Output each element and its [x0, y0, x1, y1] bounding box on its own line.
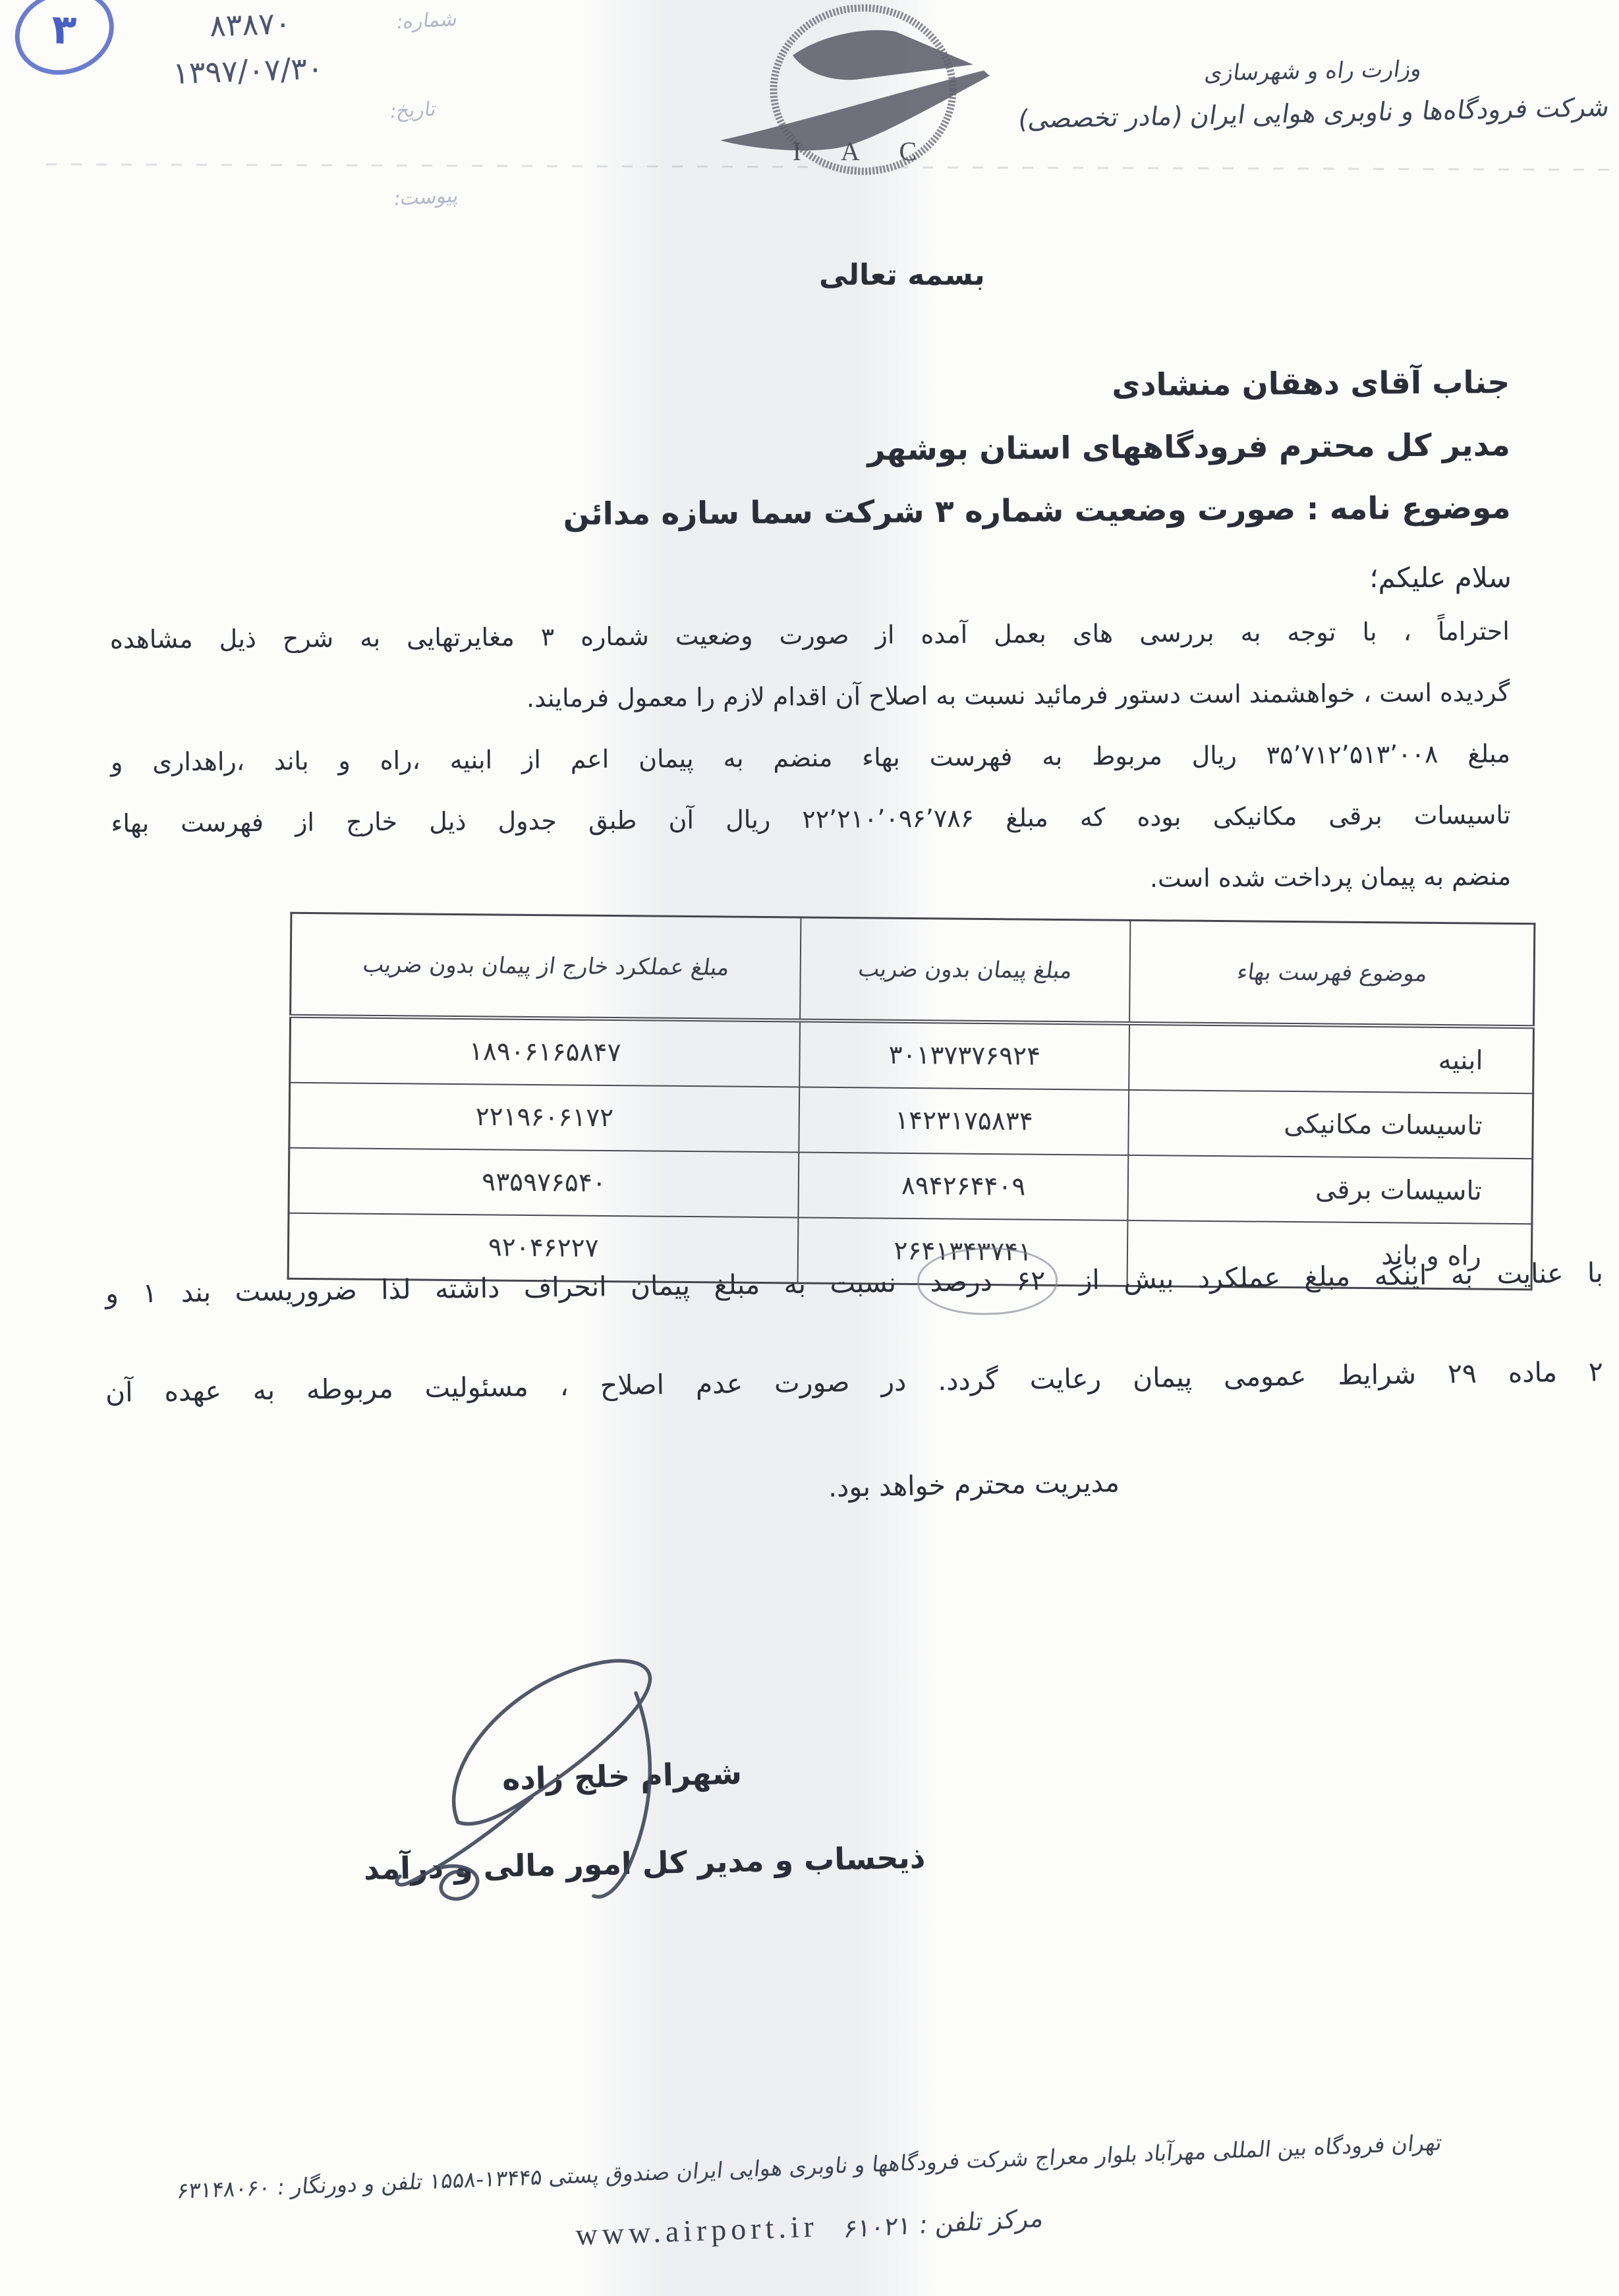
pricelist-table-wrapper: موضوع فهرست بهاء مبلغ پیمان بدون ضریب مب…: [289, 917, 1534, 1285]
recipient-title: مدیر کل محترم فرودگاههای استان بوشهر: [563, 414, 1511, 483]
body-paragraph: احتراماً ، با توجه به بررسی های بعمل آمد…: [110, 601, 1512, 916]
contract-amount-cell: ۱۴۲۳۱۷۵۸۳۴: [799, 1087, 1129, 1155]
body-line-3: مبلغ ۳۵٬۷۱۲٬۵۱۳٬۰۰۸ ریال مربوط به فهرست …: [111, 724, 1511, 793]
letter-date-label: تاریخ:: [389, 98, 438, 123]
contract-amount-cell: ۸۹۴۲۶۴۴۰۹: [799, 1153, 1129, 1220]
performance-amount-cell: ۲۲۱۹۶۰۶۱۷۲: [289, 1083, 800, 1153]
body-line-4: تاسیسات برقی مکانیکی بوده که مبلغ ۲۲٬۲۱۰…: [111, 785, 1511, 855]
table-row: ابنیه ۳۰۱۳۷۳۷۶۹۲۴ ۱۸۹۰۶۱۶۵۸۴۷: [290, 1016, 1534, 1093]
performance-amount-cell: ۱۸۹۰۶۱۶۵۸۴۷: [290, 1016, 801, 1087]
footer-contact-line: مرکز تلفن : ۶۱۰۲۱ www.airport.ir: [329, 2193, 1290, 2261]
table-row: تاسیسات مکانیکی ۱۴۲۳۱۷۵۸۳۴ ۲۲۱۹۶۰۶۱۷۲: [289, 1083, 1533, 1159]
letterhead-ministry: وزارت راه و شهرسازی: [1203, 56, 1424, 87]
footer-phone-center: مرکز تلفن : ۶۱۰۲۱: [842, 2203, 1045, 2243]
footer-website: www.airport.ir: [575, 2210, 819, 2252]
letterhead-company: شرکت فرودگاه‌ها و ناوبری هوایی ایران (ما…: [1017, 93, 1612, 135]
subject-cell: تاسیسات برقی: [1128, 1155, 1533, 1224]
closing-line-1-post: نسبت به مبلغ پیمان انحراف داشته لذا ضرور…: [105, 1267, 921, 1309]
subject-line: موضوع نامه : صورت وضعیت شماره ۳ شرکت سما…: [563, 476, 1511, 546]
closing-line-1-pre: با عنایت به اینکه مبلغ عملکرد بیش از: [1055, 1257, 1603, 1296]
handwritten-circle-stamp: ۳: [7, 0, 123, 83]
logo-plane-upper-wing: [793, 30, 973, 80]
logo-letters: I A C: [793, 136, 934, 166]
contract-amount-cell: ۳۰۱۳۷۳۷۶۹۲۴: [799, 1021, 1129, 1090]
subject-cell: تاسیسات مکانیکی: [1129, 1090, 1533, 1159]
table-row: تاسیسات برقی ۸۹۴۲۶۴۴۰۹ ۹۳۵۹۷۶۵۴۰: [289, 1148, 1533, 1224]
body-line-2: گردیده است ، خواهشمند است دستور فرمائید …: [110, 662, 1510, 732]
letter-number-label: شماره:: [395, 8, 459, 34]
col-header-subject: موضوع فهرست بهاء: [1129, 920, 1535, 1027]
signature-scribble: [359, 1651, 860, 1914]
col-header-contract: مبلغ پیمان بدون ضریب: [800, 917, 1130, 1023]
col-header-contract-label: مبلغ پیمان بدون ضریب: [857, 956, 1073, 984]
salutation: سلام علیکم؛: [1369, 561, 1512, 594]
closing-line-2: ۲ ماده ۲۹ شرایط عمومی پیمان رعایت گردد. …: [105, 1342, 1603, 1422]
iac-logo: I A C: [715, 0, 1005, 179]
body-line-5: منضم به پیمان پرداخت شده است.: [111, 846, 1512, 916]
performance-amount-cell: ۹۳۵۹۷۶۵۴۰: [289, 1148, 799, 1218]
page-number-annotation: ۳: [17, 0, 111, 65]
col-header-performance: مبلغ عملکرد خارج از پیمان بدون ضریب: [291, 913, 801, 1020]
letter-attachment-label: پیوست:: [392, 184, 460, 210]
recipient-block: جناب آقای دهقان منشادی مدیر کل محترم فرو…: [562, 351, 1511, 546]
letter-date-value: ۱۳۹۷/۰۷/۳۰: [172, 50, 324, 91]
col-header-performance-label: مبلغ عملکرد خارج از پیمان بدون ضریب: [361, 952, 731, 981]
scanned-letter-page: ۳ ۸۳۸۷۰ شماره: ۱۳۹۷/۰۷/۳۰ تاریخ: پیوست: …: [0, 0, 1619, 2296]
subject-cell: ابنیه: [1129, 1023, 1533, 1093]
body-line-1: احتراماً ، با توجه به بررسی های بعمل آمد…: [110, 601, 1510, 671]
col-header-subject-label: موضوع فهرست بهاء: [1236, 959, 1429, 987]
footer-address: تهران فرودگاه بین المللی مهرآباد بلوار م…: [92, 2126, 1527, 2207]
deviation-percent-circled: ۶۲ درصد: [917, 1247, 1058, 1316]
letter-number-value: ۸۳۸۷۰: [209, 5, 291, 43]
recipient-name: جناب آقای دهقان منشادی: [562, 351, 1510, 420]
closing-line-3: مدیریت محترم خواهد بود.: [828, 1452, 1120, 1517]
bismillah: بسمه تعالی: [819, 258, 985, 292]
pricelist-table: موضوع فهرست بهاء مبلغ پیمان بدون ضریب مب…: [287, 912, 1536, 1290]
table-header-row: موضوع فهرست بهاء مبلغ پیمان بدون ضریب مب…: [291, 913, 1535, 1027]
